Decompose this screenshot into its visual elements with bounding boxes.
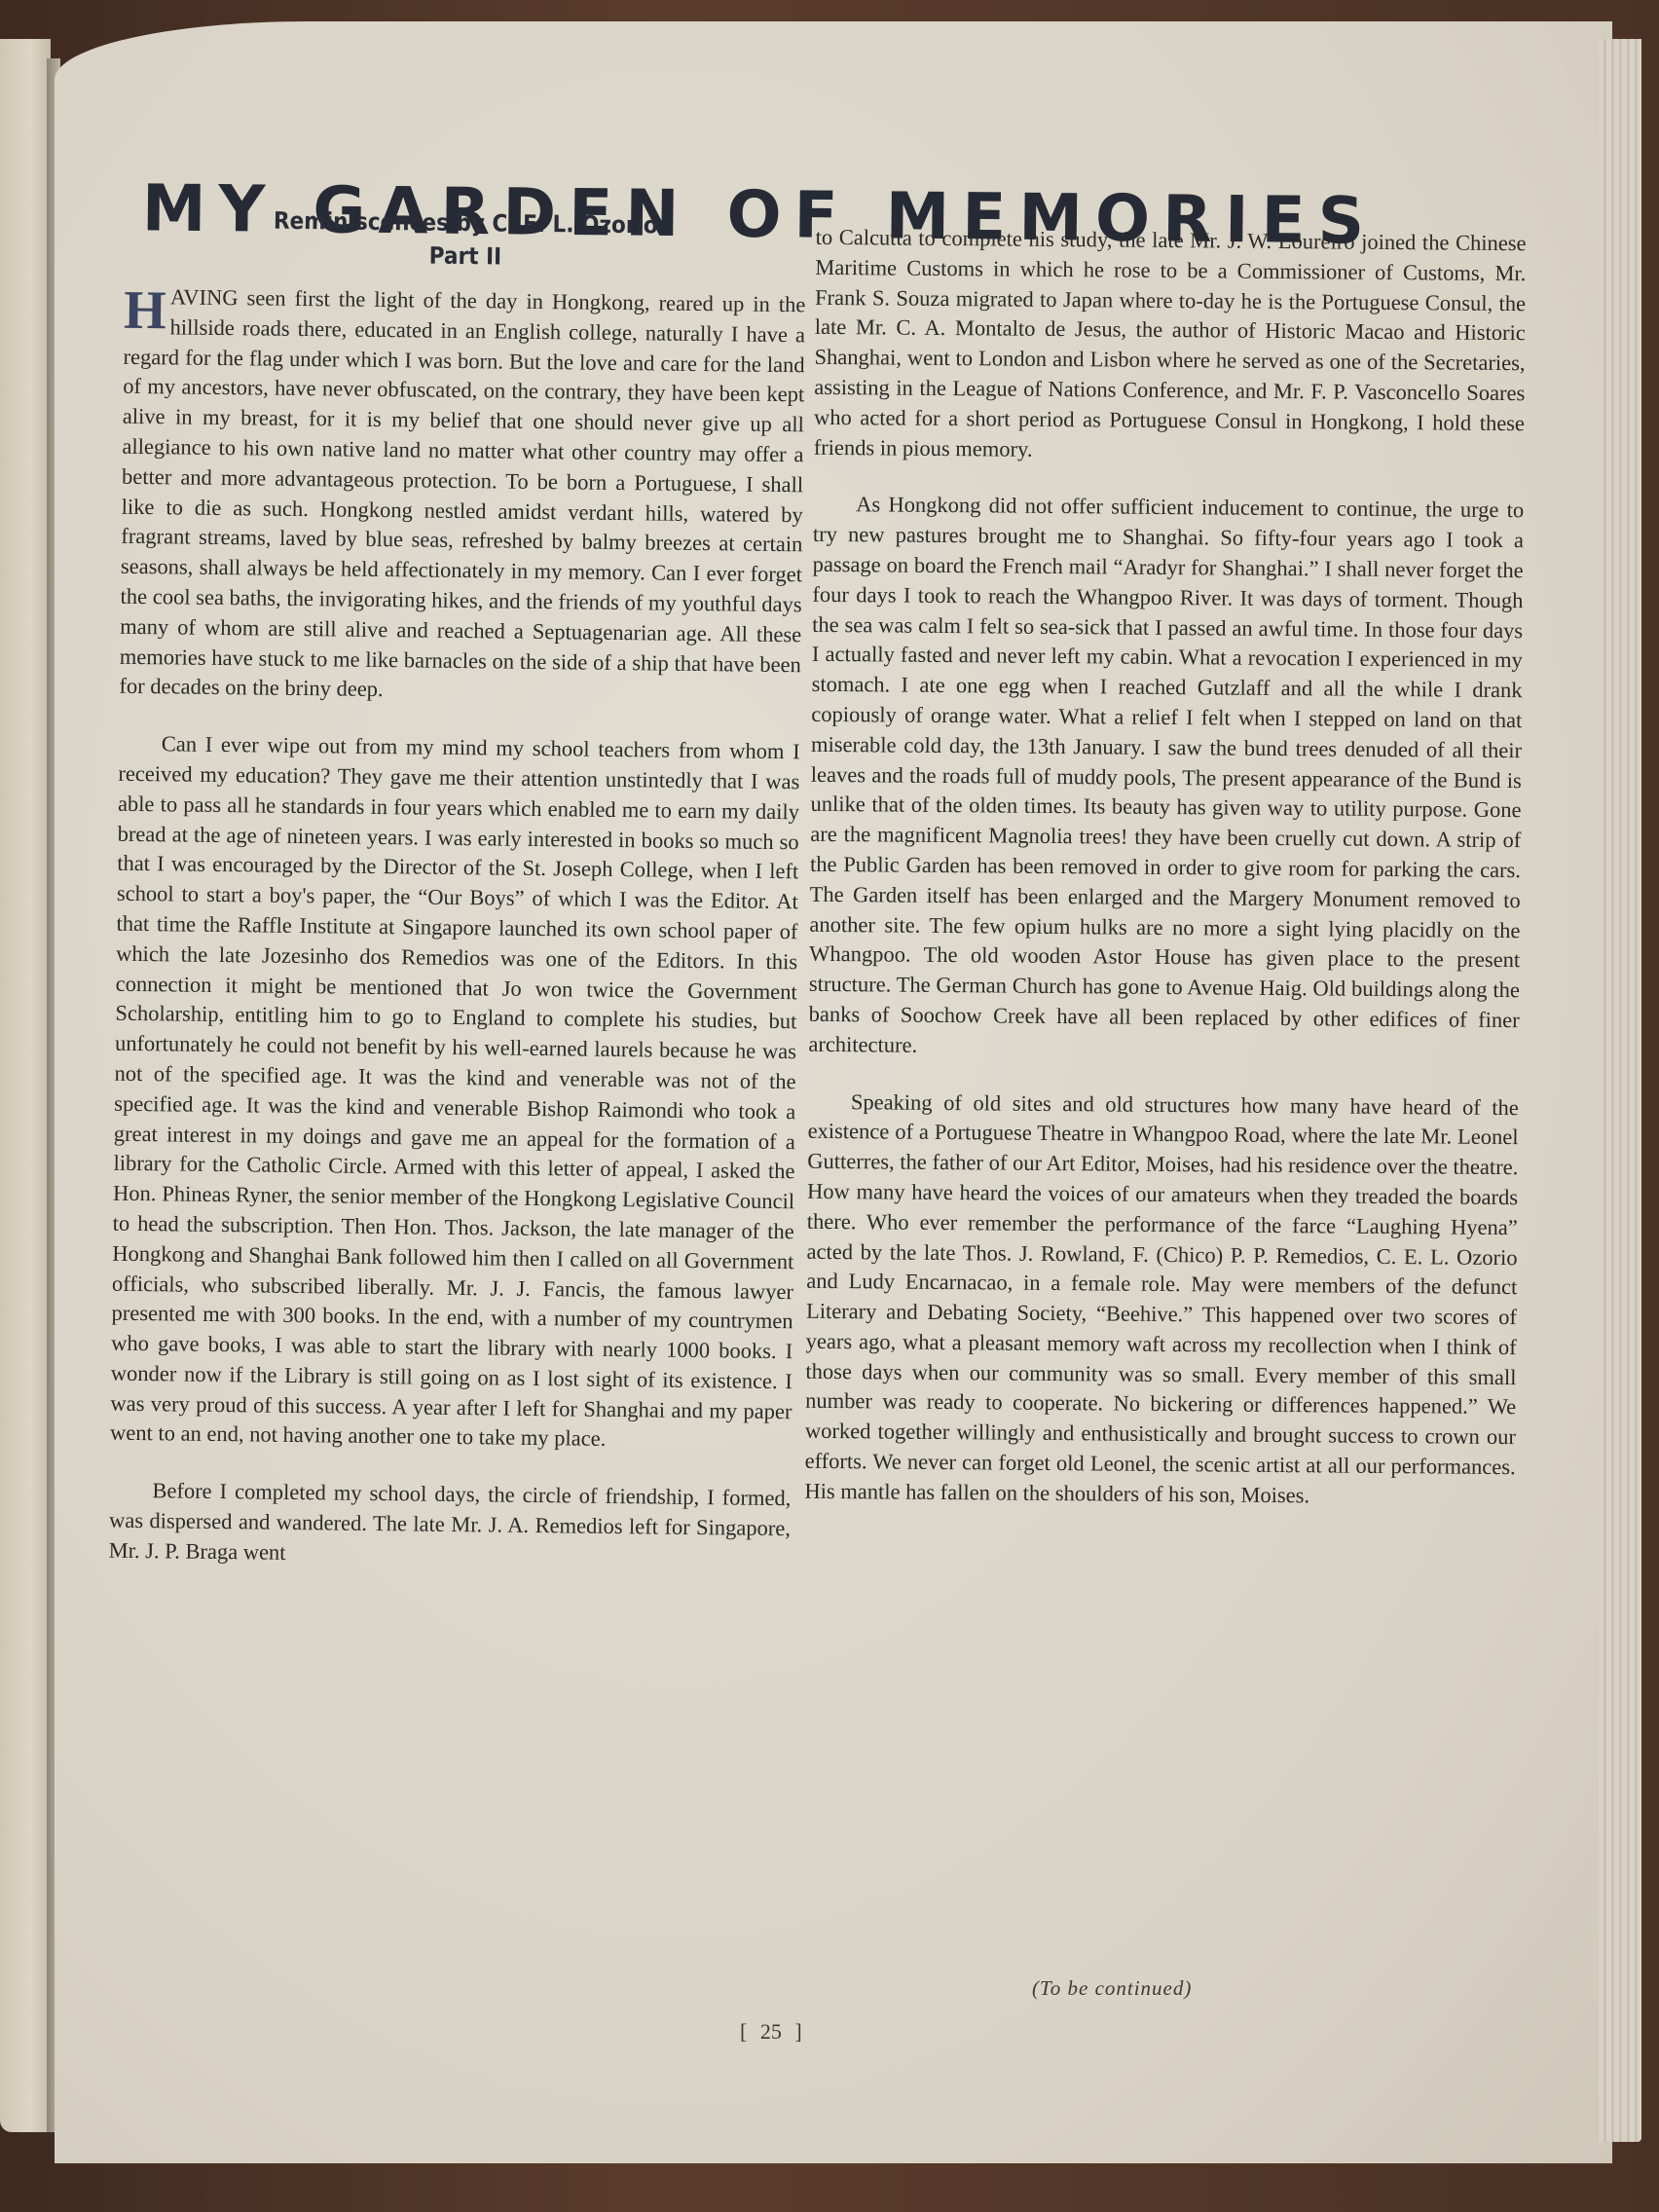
left-column: Reminiscences by C. E. L. Ozorio Part II… — [108, 203, 806, 1574]
page-stack-edges — [1599, 39, 1641, 2142]
paragraph: HAVING seen first the light of the day i… — [119, 282, 805, 711]
paragraph-text: AVING seen first the light of the day in… — [119, 284, 805, 701]
part-label: Part II — [159, 236, 772, 276]
paragraph: Before I completed my school days, the c… — [108, 1476, 791, 1574]
paragraph: Can I ever wipe out from my mind my scho… — [110, 729, 800, 1457]
page-number: [ 25 ] — [740, 2019, 802, 2045]
paragraph: Speaking of old sites and old structures… — [804, 1087, 1519, 1513]
drop-cap: H — [124, 288, 166, 334]
facing-page-edge — [0, 39, 51, 2132]
continued-note: (To be continued) — [1032, 1976, 1192, 2001]
paragraph: As Hongkong did not offer sufficient ind… — [808, 490, 1524, 1065]
byline: Reminiscences by C. E. L. Ozorio Part II — [159, 203, 773, 276]
right-column: to Calcutta to complete his study, the l… — [804, 223, 1526, 1513]
paragraph: to Calcutta to complete his study, the l… — [814, 223, 1527, 469]
